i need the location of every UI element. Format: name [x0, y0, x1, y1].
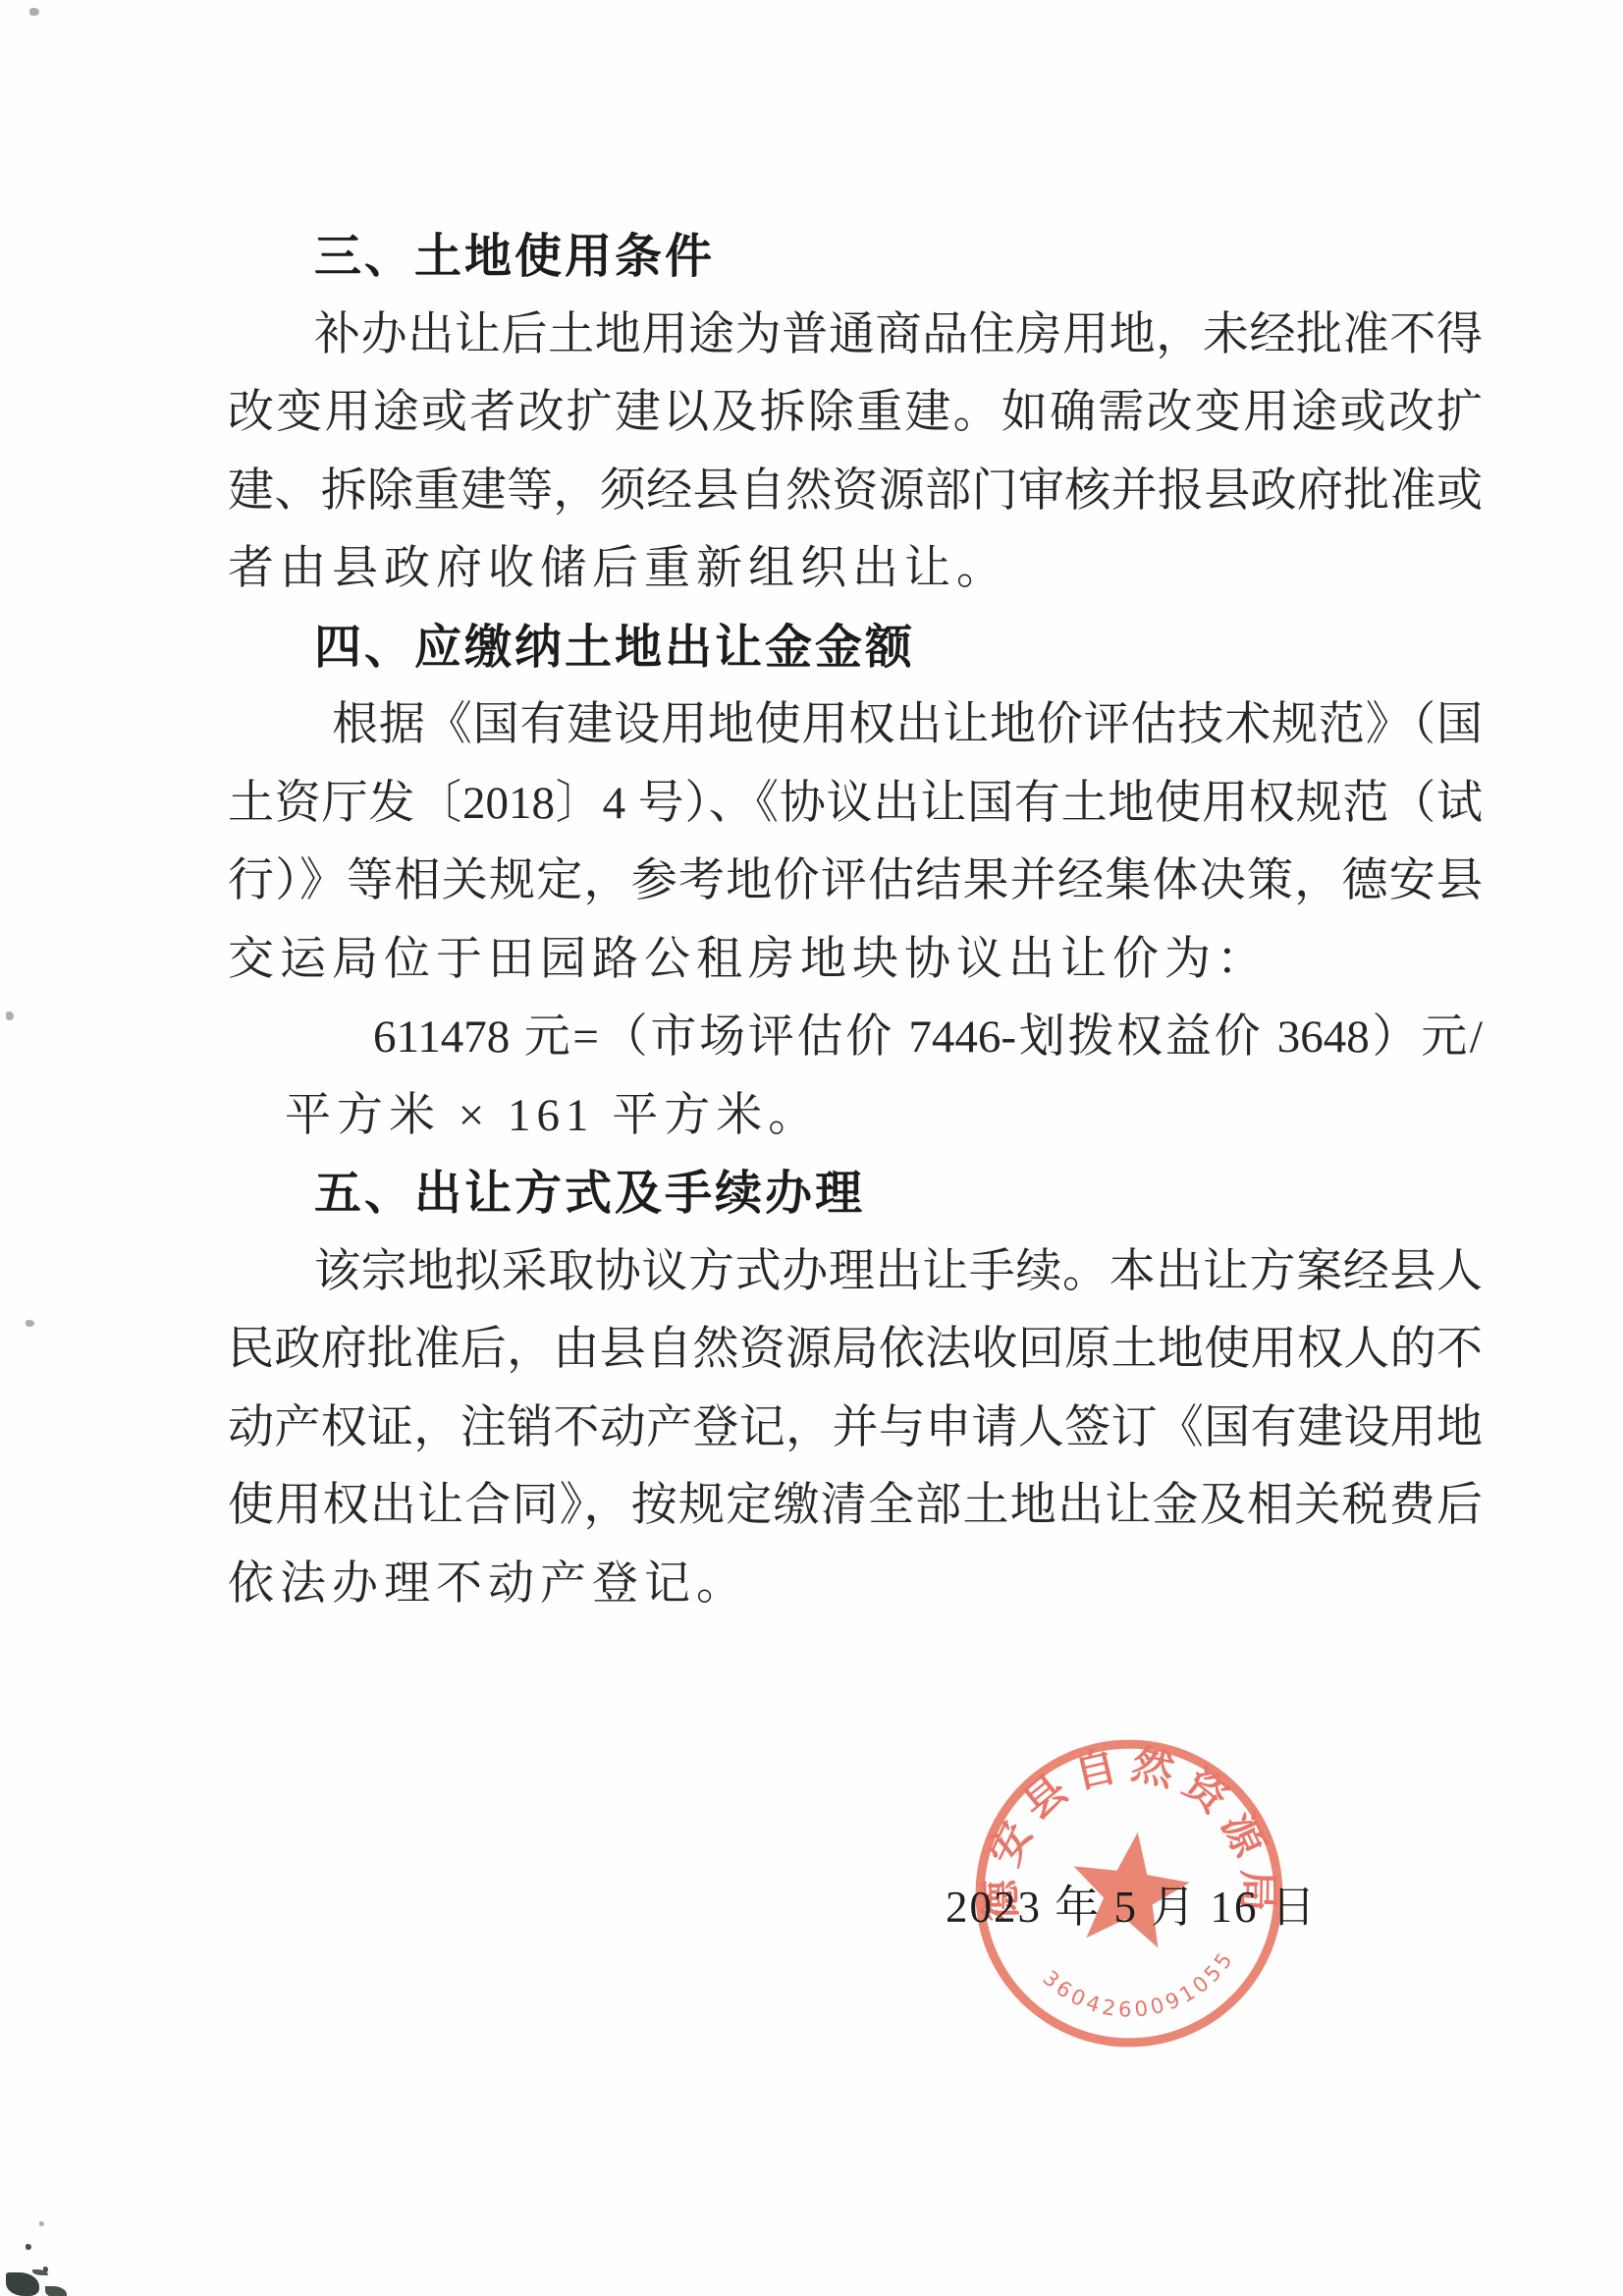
- document-body: 三、土地使用条件 补办出让后土地用途为普通商品住房用地，未经批准不得 改变用途或…: [228, 218, 1483, 1623]
- paragraph-line: 依法办理不动产登记。: [228, 1546, 1483, 1624]
- paragraph-line: 土资厅发〔2018〕4 号）、《协议出让国有土地使用权规范（试: [228, 765, 1483, 844]
- paragraph-line: 根据《国有建设用地使用权出让地价评估技术规范》（国: [228, 686, 1483, 765]
- paragraph-line: 改变用途或者改扩建以及拆除重建。如确需改变用途或改扩: [228, 374, 1483, 453]
- price-formula-line-2: 平方米 × 161 平方米。: [285, 1077, 1483, 1156]
- paragraph-line: 行）》等相关规定，参考地价评估结果并经集体决策，德安县: [228, 843, 1483, 921]
- paragraph-line: 使用权出让合同》，按规定缴清全部土地出让金及相关税费后: [228, 1467, 1483, 1546]
- scan-artifact: [26, 1320, 34, 1327]
- section-5-heading: 五、出让方式及手续办理: [314, 1155, 1483, 1233]
- scan-artifact: [26, 2244, 31, 2250]
- scan-artifact: [29, 8, 39, 16]
- scan-artifact: [6, 2272, 39, 2296]
- paragraph-line: 该宗地拟采取协议方式办理出让手续。本出让方案经县人: [228, 1233, 1483, 1312]
- paragraph-line: 建、拆除重建等，须经县自然资源部门审核并报县政府批准或: [228, 453, 1483, 531]
- scan-artifact: [39, 2221, 44, 2226]
- scan-artifact: [6, 1011, 14, 1020]
- paragraph-line: 动产权证，注销不动产登记，并与申请人签订《国有建设用地: [228, 1390, 1483, 1468]
- document-page: 三、土地使用条件 补办出让后土地用途为普通商品住房用地，未经批准不得 改变用途或…: [0, 0, 1623, 2296]
- section-3-heading: 三、土地使用条件: [314, 218, 1483, 297]
- paragraph-line: 民政府批准后，由县自然资源局依法收回原土地使用权人的不: [228, 1311, 1483, 1390]
- issue-date: 2023 年 5 月 16 日: [946, 1878, 1318, 1937]
- section-4-heading: 四、应缴纳土地出让金金额: [314, 609, 1483, 687]
- paragraph-line: 交运局位于田园路公租房地块协议出让价为：: [228, 921, 1483, 1000]
- scan-artifact: [43, 2267, 48, 2272]
- paragraph-line: 补办出让后土地用途为普通商品住房用地，未经批准不得: [228, 297, 1483, 375]
- price-formula-line-1: 611478 元=（市场评估价 7446-划拨权益价 3648）元/: [373, 999, 1483, 1077]
- stamp-code-text: 3604260091055: [1038, 1945, 1240, 2022]
- paragraph-line: 者由县政府收储后重新组织出让。: [228, 530, 1483, 609]
